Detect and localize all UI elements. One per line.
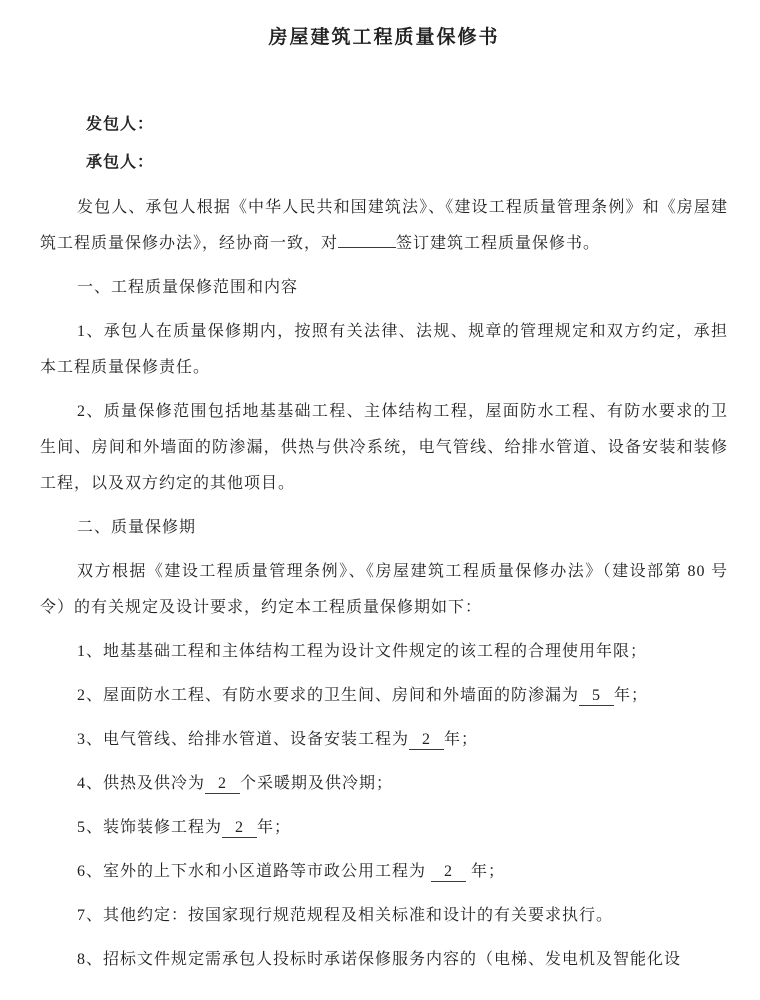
warranty-item-2-years-blank: 5 — [579, 687, 614, 706]
warranty-item-6-years-blank: 2 — [431, 863, 466, 882]
project-name-blank — [338, 247, 396, 248]
employer-label: 发包人： — [86, 116, 154, 133]
warranty-item-3-suffix: 年； — [444, 731, 478, 748]
warranty-item-5: 5、装饰装修工程为2年； — [40, 810, 728, 846]
document-title: 房屋建筑工程质量保修书 — [40, 26, 728, 49]
parties-block: 发包人： 承包人： — [40, 106, 728, 182]
warranty-item-4-text: 4、供热及供冷为 — [77, 775, 205, 792]
intro-paragraph: 发包人、承包人根据《中华人民共和国建筑法》、《建设工程质量管理条例》和《房屋建筑… — [40, 190, 728, 262]
warranty-item-4: 4、供热及供冷为2个采暖期及供冷期； — [40, 766, 728, 802]
warranty-item-3-years-blank: 2 — [409, 731, 444, 750]
section1-heading: 一、工程质量保修范围和内容 — [40, 270, 728, 306]
warranty-item-7: 7、其他约定：按国家现行规范规程及相关标准和设计的有关要求执行。 — [40, 898, 728, 934]
contractor-line: 承包人： — [40, 144, 728, 182]
warranty-item-8: 8、招标文件规定需承包人投标时承诺保修服务内容的（电梯、发电机及智能化设 — [40, 942, 728, 978]
document-page: 房屋建筑工程质量保修书 发包人： 承包人： 发包人、承包人根据《中华人民共和国建… — [0, 0, 760, 1000]
scope-item-1: 1、承包人在质量保修期内，按照有关法律、法规、规章的管理规定和双方约定，承担本工… — [40, 314, 728, 386]
warranty-item-4-suffix: 个采暖期及供冷期； — [240, 775, 393, 792]
intro-text-pre: 发包人、承包人根据《中华人民共和国建筑法》、《建设工程质量管理条例》和《房屋建筑… — [40, 199, 728, 252]
section2-heading: 二、质量保修期 — [40, 510, 728, 546]
warranty-item-1: 1、地基基础工程和主体结构工程为设计文件规定的该工程的合理使用年限； — [40, 634, 728, 670]
warranty-item-2-text: 2、屋面防水工程、有防水要求的卫生间、房间和外墙面的防渗漏为 — [77, 687, 579, 704]
contractor-label: 承包人： — [86, 154, 154, 171]
warranty-item-6-text: 6、室外的上下水和小区道路等市政公用工程为 — [77, 863, 431, 880]
warranty-item-5-suffix: 年； — [257, 819, 291, 836]
warranty-item-4-periods-blank: 2 — [205, 775, 240, 794]
warranty-item-5-years-blank: 2 — [222, 819, 257, 838]
section2-intro: 双方根据《建设工程质量管理条例》、《房屋建筑工程质量保修办法》（建设部第 80 … — [40, 554, 728, 626]
warranty-item-3-text: 3、电气管线、给排水管道、设备安装工程为 — [77, 731, 409, 748]
employer-line: 发包人： — [40, 106, 728, 144]
warranty-item-6-suffix: 年； — [466, 863, 505, 880]
intro-text-post: 签订建筑工程质量保修书。 — [396, 235, 600, 252]
warranty-item-2: 2、屋面防水工程、有防水要求的卫生间、房间和外墙面的防渗漏为5年； — [40, 678, 728, 714]
warranty-item-5-text: 5、装饰装修工程为 — [77, 819, 222, 836]
warranty-item-3: 3、电气管线、给排水管道、设备安装工程为2年； — [40, 722, 728, 758]
warranty-item-6: 6、室外的上下水和小区道路等市政公用工程为 2 年； — [40, 854, 728, 890]
warranty-item-2-suffix: 年； — [614, 687, 648, 704]
scope-item-2: 2、质量保修范围包括地基基础工程、主体结构工程，屋面防水工程、有防水要求的卫生间… — [40, 394, 728, 502]
